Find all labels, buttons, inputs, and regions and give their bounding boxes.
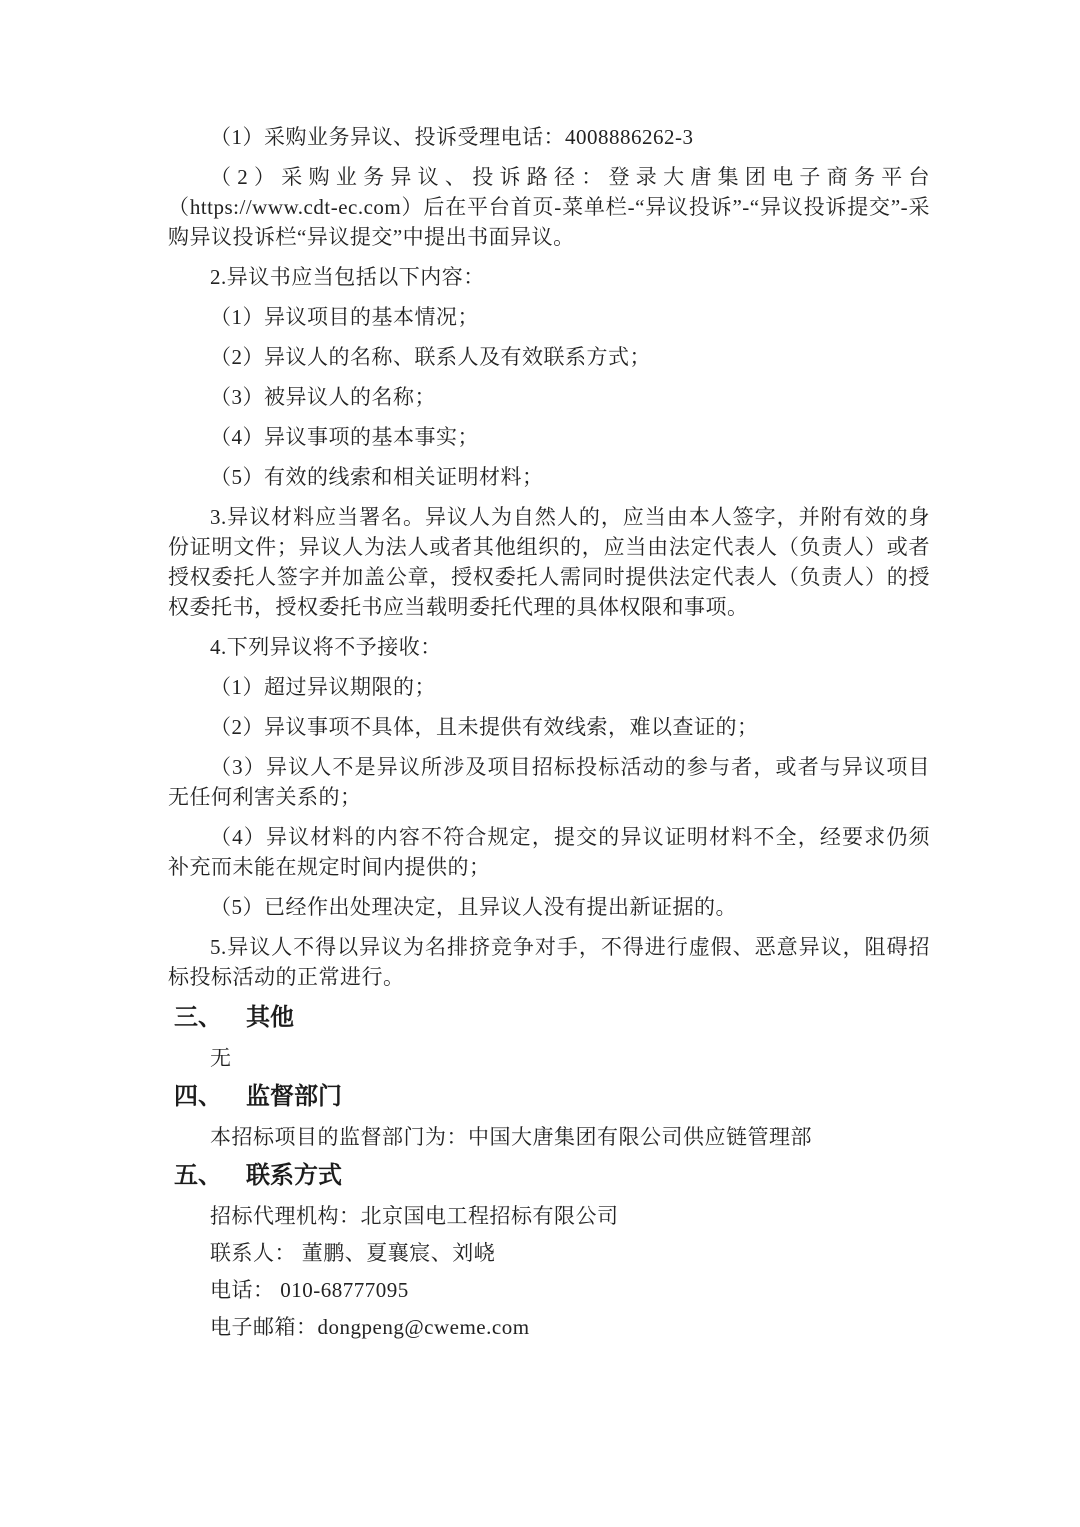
paragraph-reject-item-4: （4）异议材料的内容不符合规定，提交的异议证明材料不全，经要求仍须补充而未能在规… (168, 822, 930, 882)
section-body-other: 无 (168, 1043, 930, 1073)
paragraph-letter-intro: 2.异议书应当包括以下内容： (168, 262, 930, 292)
section-number-other: 三、 (174, 1004, 222, 1031)
section-heading-other: 三、其他 (174, 1002, 930, 1034)
contact-agency: 招标代理机构：北京国电工程招标有限公司 (168, 1201, 930, 1231)
paragraph-channel-phone: （1）采购业务异议、投诉受理电话：4008886262-3 (168, 122, 930, 152)
paragraph-letter-item-3: （3）被异议人的名称； (168, 382, 930, 412)
paragraph-reject-intro: 4.下列异议将不予接收： (168, 632, 930, 662)
paragraph-good-faith-rule: 5.异议人不得以异议为名排挤竞争对手，不得进行虚假、恶意异议，阻碍招标投标活动的… (168, 932, 930, 992)
paragraph-letter-item-5: （5）有效的线索和相关证明材料； (168, 462, 930, 492)
contact-email: 电子邮箱：dongpeng@cweme.com (168, 1312, 930, 1342)
paragraph-reject-item-3: （3）异议人不是异议所涉及项目招标投标活动的参与者，或者与异议项目无任何利害关系… (168, 752, 930, 812)
paragraph-reject-item-1: （1）超过异议期限的； (168, 672, 930, 702)
contact-phone: 电话： 010-68777095 (168, 1275, 930, 1305)
paragraph-letter-item-2: （2）异议人的名称、联系人及有效联系方式； (168, 342, 930, 372)
paragraph-letter-item-1: （1）异议项目的基本情况； (168, 302, 930, 332)
paragraph-signature-rule: 3.异议材料应当署名。异议人为自然人的，应当由本人签字，并附有效的身份证明文件；… (168, 502, 930, 622)
contact-person: 联系人： 董鹏、夏襄宸、刘峣 (168, 1238, 930, 1268)
section-number-contact: 五、 (174, 1162, 222, 1189)
section-heading-contact: 五、联系方式 (174, 1160, 930, 1192)
document-page: （1）采购业务异议、投诉受理电话：4008886262-3 （2）采购业务异议、… (0, 0, 1080, 1527)
paragraph-channel-path: （2）采购业务异议、投诉路径：登录大唐集团电子商务平台（https://www.… (168, 162, 930, 252)
section-body-supervision: 本招标项目的监督部门为：中国大唐集团有限公司供应链管理部 (168, 1122, 930, 1152)
section-heading-supervision: 四、监督部门 (174, 1081, 930, 1113)
section-number-supervision: 四、 (174, 1083, 222, 1110)
paragraph-letter-item-4: （4）异议事项的基本事实； (168, 422, 930, 452)
section-title-other: 其他 (246, 1004, 294, 1031)
paragraph-reject-item-5: （5）已经作出处理决定，且异议人没有提出新证据的。 (168, 892, 930, 922)
section-title-supervision: 监督部门 (246, 1083, 342, 1110)
section-title-contact: 联系方式 (246, 1162, 342, 1189)
paragraph-reject-item-2: （2）异议事项不具体，且未提供有效线索，难以查证的； (168, 712, 930, 742)
